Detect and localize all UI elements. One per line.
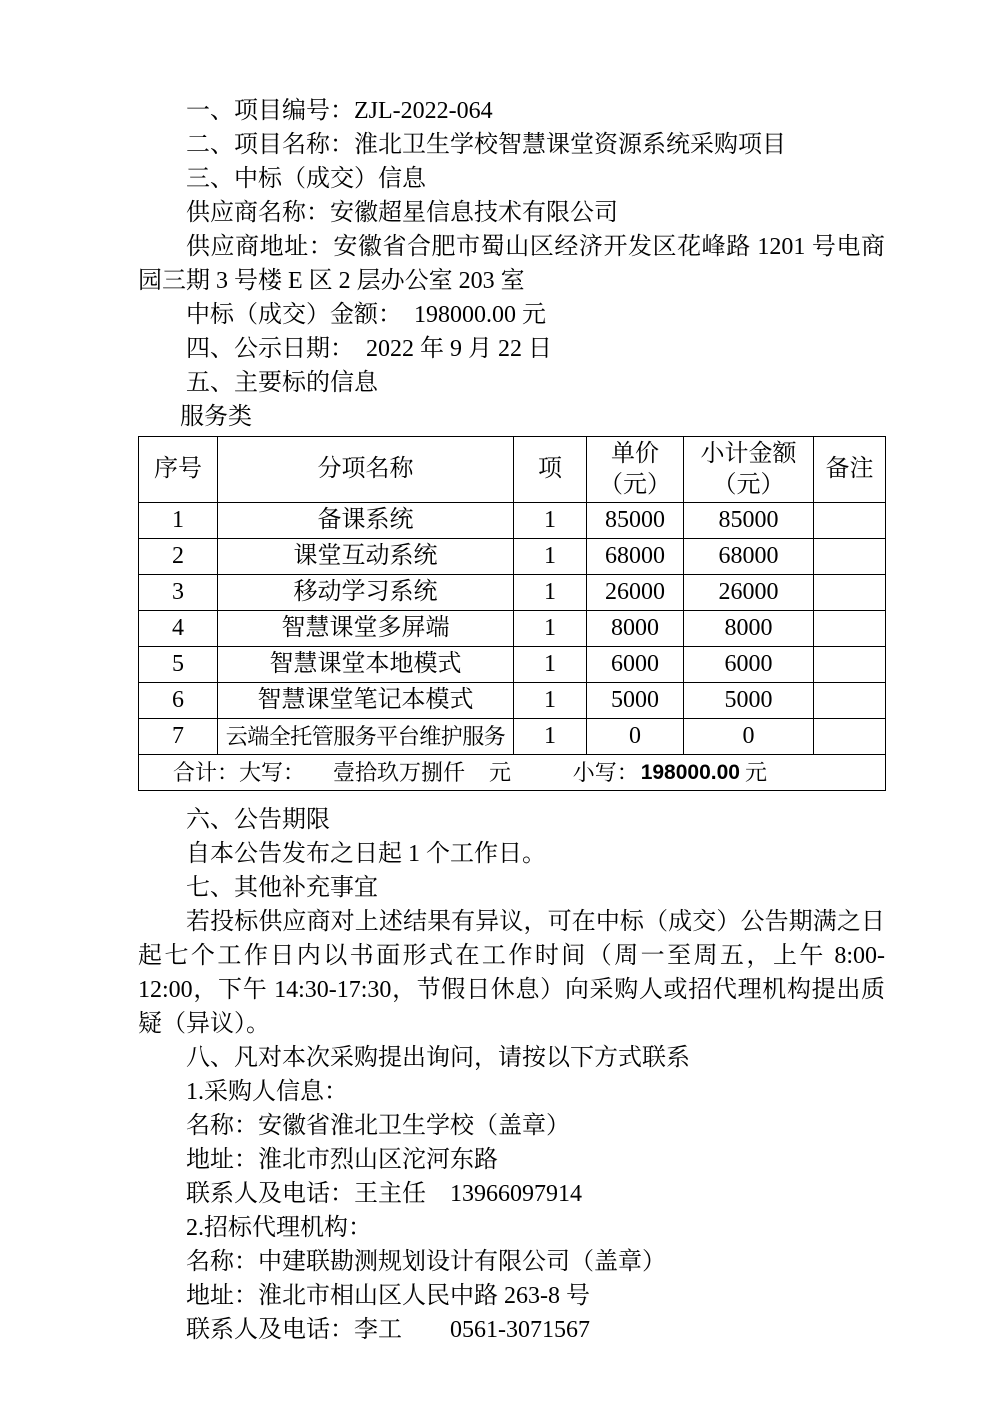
- cell-seq: 4: [139, 611, 218, 647]
- table-row: 3 移动学习系统 1 26000 26000: [139, 575, 886, 611]
- subject-info-table: 序号 分项名称 项 单价 （元） 小计金额 （元） 备注 1 备课系统 1 85…: [138, 436, 886, 791]
- para-contact-heading: 八、凡对本次采购提出询问，请按以下方式联系: [138, 1041, 885, 1075]
- para-agency-contact: 联系人及电话：李工 0561-3071567: [138, 1313, 885, 1347]
- cell-note: [814, 575, 886, 611]
- cell-name: 云端全托管服务平台维护服务: [218, 719, 514, 755]
- para-other-matters-heading: 七、其他补充事宜: [138, 871, 885, 905]
- total-line: 合计：大写： 壹拾玖万捌仟 元 小写： 198000.00 元: [139, 755, 885, 790]
- table-row: 2 课堂互动系统 1 68000 68000: [139, 539, 886, 575]
- cell-subtotal: 5000: [684, 683, 814, 719]
- para-award-amount: 中标（成交）金额： 198000.00 元: [138, 298, 885, 332]
- para-agency-name: 名称：中建联勘测规划设计有限公司（盖章）: [138, 1245, 885, 1279]
- para-purchaser-contact: 联系人及电话：王主任 13966097914: [138, 1177, 885, 1211]
- cell-subtotal: 6000: [684, 647, 814, 683]
- cell-seq: 1: [139, 503, 218, 539]
- cell-subtotal: 68000: [684, 539, 814, 575]
- para-project-name: 二、项目名称：淮北卫生学校智慧课堂资源系统采购项目: [138, 128, 885, 162]
- cell-note: [814, 539, 886, 575]
- cell-note: [814, 719, 886, 755]
- para-agency-address: 地址：淮北市相山区人民中路 263-8 号: [138, 1279, 885, 1313]
- header-cell-item: 项: [514, 437, 587, 503]
- para-objection-notice: 若投标供应商对上述结果有异议，可在中标（成交）公告期满之日起七个工作日内以书面形…: [138, 905, 885, 1041]
- header-cell-note: 备注: [814, 437, 886, 503]
- para-purchaser-heading: 1.采购人信息：: [138, 1075, 885, 1109]
- cell-subtotal: 8000: [684, 611, 814, 647]
- cell-note: [814, 647, 886, 683]
- total-lowercase-unit: 元: [745, 755, 767, 790]
- cell-seq: 3: [139, 575, 218, 611]
- para-agency-heading: 2.招标代理机构：: [138, 1211, 885, 1245]
- table-row: 5 智慧课堂本地模式 1 6000 6000: [139, 647, 886, 683]
- cell-name: 备课系统: [218, 503, 514, 539]
- cell-seq: 7: [139, 719, 218, 755]
- table-row: 1 备课系统 1 85000 85000: [139, 503, 886, 539]
- cell-unit-price: 5000: [587, 683, 684, 719]
- header-cell-unit-price: 单价 （元）: [587, 437, 684, 503]
- cell-subtotal: 0: [684, 719, 814, 755]
- cell-subtotal: 26000: [684, 575, 814, 611]
- table-row: 4 智慧课堂多屏端 1 8000 8000: [139, 611, 886, 647]
- cell-item: 1: [514, 683, 587, 719]
- total-uppercase-unit: 元: [489, 755, 511, 790]
- cell-note: [814, 683, 886, 719]
- header-cell-name: 分项名称: [218, 437, 514, 503]
- cell-unit-price: 8000: [587, 611, 684, 647]
- cell-unit-price: 26000: [587, 575, 684, 611]
- total-uppercase-label: 合计：大写：: [173, 755, 305, 790]
- cell-item: 1: [514, 539, 587, 575]
- para-award-info-heading: 三、中标（成交）信息: [138, 162, 885, 196]
- cell-seq: 6: [139, 683, 218, 719]
- para-main-subject-heading: 五、主要标的信息: [138, 366, 885, 400]
- total-lowercase-value: 198000.00: [641, 755, 740, 790]
- cell-name: 智慧课堂本地模式: [218, 647, 514, 683]
- cell-seq: 5: [139, 647, 218, 683]
- cell-item: 1: [514, 575, 587, 611]
- cell-item: 1: [514, 719, 587, 755]
- bottom-block: 六、公告期限 自本公告发布之日起 1 个工作日。 七、其他补充事宜 若投标供应商…: [138, 803, 885, 1347]
- cell-unit-price: 68000: [587, 539, 684, 575]
- para-announcement-period-heading: 六、公告期限: [138, 803, 885, 837]
- cell-seq: 2: [139, 539, 218, 575]
- cell-name: 智慧课堂多屏端: [218, 611, 514, 647]
- cell-item: 1: [514, 503, 587, 539]
- cell-name: 智慧课堂笔记本模式: [218, 683, 514, 719]
- para-project-number: 一、项目编号：ZJL-2022-064: [138, 94, 885, 128]
- para-announcement-period: 自本公告发布之日起 1 个工作日。: [138, 837, 885, 871]
- cell-item: 1: [514, 611, 587, 647]
- header-cell-subtotal: 小计金额 （元）: [684, 437, 814, 503]
- cell-item: 1: [514, 647, 587, 683]
- cell-name: 课堂互动系统: [218, 539, 514, 575]
- total-uppercase-value: 壹拾玖万捌仟: [333, 755, 465, 790]
- cell-unit-price: 85000: [587, 503, 684, 539]
- cell-subtotal: 85000: [684, 503, 814, 539]
- cell-note: [814, 503, 886, 539]
- document-content: 一、项目编号：ZJL-2022-064 二、项目名称：淮北卫生学校智慧课堂资源系…: [138, 94, 885, 1347]
- para-supplier-name: 供应商名称：安徽超星信息技术有限公司: [138, 196, 885, 230]
- para-purchaser-address: 地址：淮北市烈山区沱河东路: [138, 1143, 885, 1177]
- table-header-row: 序号 分项名称 项 单价 （元） 小计金额 （元） 备注: [139, 437, 886, 503]
- cell-unit-price: 0: [587, 719, 684, 755]
- para-purchaser-name: 名称：安徽省淮北卫生学校（盖章）: [138, 1109, 885, 1143]
- document-page: 一、项目编号：ZJL-2022-064 二、项目名称：淮北卫生学校智慧课堂资源系…: [0, 0, 1000, 1414]
- para-service-category: 服务类: [138, 400, 885, 434]
- para-supplier-address: 供应商地址：安徽省合肥市蜀山区经济开发区花峰路 1201 号电商园三期 3 号楼…: [138, 230, 885, 298]
- header-cell-seq: 序号: [139, 437, 218, 503]
- table-total-row: 合计：大写： 壹拾玖万捌仟 元 小写： 198000.00 元: [139, 755, 886, 791]
- total-lowercase-group: 小写： 198000.00 元: [573, 755, 767, 790]
- cell-unit-price: 6000: [587, 647, 684, 683]
- table-row: 6 智慧课堂笔记本模式 1 5000 5000: [139, 683, 886, 719]
- para-publicity-date: 四、公示日期： 2022 年 9 月 22 日: [138, 332, 885, 366]
- cell-name: 移动学习系统: [218, 575, 514, 611]
- table-row: 7 云端全托管服务平台维护服务 1 0 0: [139, 719, 886, 755]
- cell-note: [814, 611, 886, 647]
- total-lowercase-label: 小写：: [573, 755, 639, 790]
